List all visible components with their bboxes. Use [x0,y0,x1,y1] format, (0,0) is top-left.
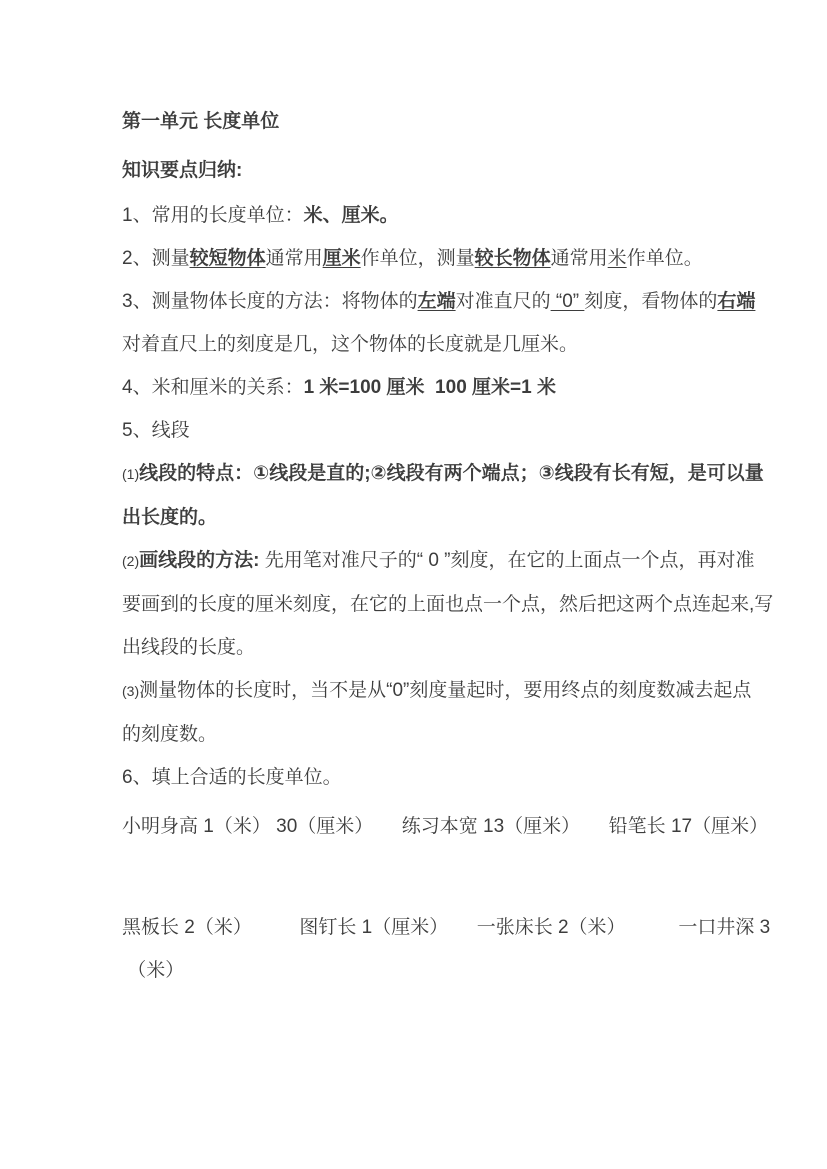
point-2: 2、测量较短物体通常用厘米作单位，测量较长物体通常用米作单位。 [122,237,735,280]
text-run: 对准直尺的 [456,291,551,312]
text-run: 通常用 [551,248,608,269]
text-run: 右端 [717,291,755,312]
document-page: 第一单元 长度单位 知识要点归纳: 1、常用的长度单位：米、厘米。 2、测量较短… [0,0,827,1169]
text-run: 左端 [418,291,456,312]
text-run: 米、厘米。 [304,205,399,226]
text-run: 2、测量 [122,248,190,269]
fill-row-1: 小明身高 1（米） 30（厘米） 练习本宽 13（厘米） 铅笔长 17（厘米） [122,805,735,848]
text-run: 画线段的方法: [139,550,259,571]
list-marker: (1) [122,466,139,482]
text-run: 测量物体的长度时，当不是从“0”刻度量起时，要用终点的刻度数减去起点 的刻度数。 [122,680,751,745]
text-run: 1、常用的长度单位： [122,205,304,226]
text-run: 知识要点归纳: [122,160,242,181]
text-run: 3、测量物体长度的方法：将物体的 [122,291,418,312]
point-3: 3、测量物体长度的方法：将物体的左端对准直尺的 “0” 刻度，看物体的右端 对着… [122,280,735,366]
text-run: 4、米和厘米的关系： [122,377,304,398]
text-run: 作单位，测量 [361,248,475,269]
point-6: 6、填上合适的长度单位。 [122,756,735,799]
sub-point-2: (2)画线段的方法: 先用笔对准尺子的“ 0 ”刻度，在它的上面点一个点，再对准… [122,539,735,669]
text-run: 5、线段 [122,420,190,441]
text-run: 黑板长 2（米） 图钉长 1（厘米） 一张床长 2（米） 一口井深 3 （米） [122,917,770,981]
list-marker: (3) [122,683,139,699]
text-run: 较长物体 [475,248,551,269]
list-marker: (2) [122,553,139,569]
text-run: 作单位。 [627,248,703,269]
text-run: 较短物体 [190,248,266,269]
doc-title: 第一单元 长度单位 [122,100,735,143]
text-run: 厘米 [323,248,361,269]
text-run: 通常用 [266,248,323,269]
point-4: 4、米和厘米的关系：1 米=100 厘米 100 厘米=1 米 [122,366,735,409]
text-run: 米 [608,248,627,269]
sub-point-3: (3)测量物体的长度时，当不是从“0”刻度量起时，要用终点的刻度数减去起点 的刻… [122,669,735,756]
text-run: 线段的特点：①线段是直的;②线段有两个端点；③线段有长有短，是可以量 出长度的。 [122,463,764,528]
text-run: 刻度，看物体的 [584,291,717,312]
point-1: 1、常用的长度单位：米、厘米。 [122,194,735,237]
text-run: “0” [551,291,585,312]
sub-point-1: (1)线段的特点：①线段是直的;②线段有两个端点；③线段有长有短，是可以量 出长… [122,452,735,539]
text-run: 1 米=100 厘米 100 厘米=1 米 [304,377,556,398]
point-5: 5、线段 [122,409,735,452]
section-heading: 知识要点归纳: [122,149,735,192]
text-run: 6、填上合适的长度单位。 [122,767,342,788]
fill-row-2: 黑板长 2（米） 图钉长 1（厘米） 一张床长 2（米） 一口井深 3 （米） [122,906,735,992]
text-run: 小明身高 1（米） 30（厘米） 练习本宽 13（厘米） 铅笔长 17（厘米） [122,816,768,837]
text-run: 对着直尺上的刻度是几，这个物体的长度就是几厘米。 [122,334,578,355]
text-run: 第一单元 长度单位 [122,111,279,132]
